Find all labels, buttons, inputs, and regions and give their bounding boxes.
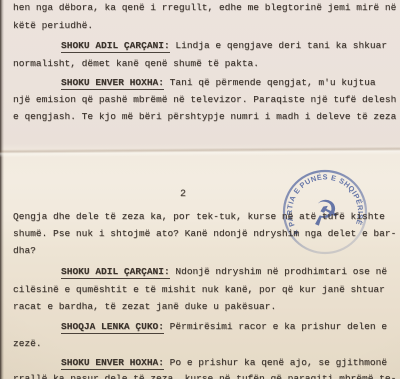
document-line-text: Tani që përmende qengjat, m'u kujtua <box>170 77 376 88</box>
speaker-heading: SHOKU ADIL ÇARÇANI: <box>61 40 170 53</box>
document-line-text: Lindja e qengjave deri tani ka shkuar <box>175 40 387 51</box>
document-line-text: Ndonjë ndryshim në prodhimtari ose në <box>175 266 387 277</box>
speaker-heading: SHOKU ENVER HOXHA: <box>61 77 164 90</box>
speaker-heading: SHOQJA LENKA ÇUKO: <box>61 321 164 334</box>
document-line: rrallë ka pasur dele të zeza, kurse në t… <box>13 373 397 379</box>
document-line: SHOKU ENVER HOXHA:Tani që përmende qengj… <box>61 77 397 90</box>
document-line: këtë periudhë. <box>13 20 397 33</box>
document-line: normalisht, dëmet kanë qenë shumë të pak… <box>13 58 397 71</box>
scan-edge <box>0 0 4 379</box>
document-line: një emision që pashë mbrëmë në televizor… <box>13 94 397 107</box>
page-edge-line <box>0 147 400 158</box>
page-number: 2 <box>168 189 198 200</box>
document-line: Qengja dhe dele të zeza ka, por tek-tuk,… <box>13 211 397 224</box>
document-line: cilësinë e qumështit e të mishit nuk kan… <box>13 284 397 297</box>
document-line-text: Përmirësimi racor e ka prishur delen e <box>170 321 387 332</box>
document-line: SHOKU ADIL ÇARÇANI:Lindja e qengjave der… <box>61 40 397 53</box>
document-line: racat e bardha, të zezat janë duke u pak… <box>13 301 397 314</box>
document-line: shumë. Pse nuk i shtojmë ato? Kanë ndonj… <box>13 228 397 241</box>
document-line: hen nga dëbora, ka qenë i rregullt, edhe… <box>13 2 397 15</box>
document-line: zezë. <box>13 338 397 351</box>
document-line: e qengjash. Te kjo më bëri përshtypje nu… <box>13 111 397 124</box>
document-line: SHOKU ADIL ÇARÇANI:Ndonjë ndryshim në pr… <box>61 266 397 279</box>
speaker-heading: SHOKU ADIL ÇARÇANI: <box>61 266 170 279</box>
document-line: SHOKU ENVER HOXHA:Po e prishur ka qenë a… <box>61 357 397 370</box>
document-line: dha? <box>13 245 397 258</box>
document-line-text: Po e prishur ka qenë ajo, se gjithmonë <box>170 357 387 368</box>
speaker-heading: SHOKU ENVER HOXHA: <box>61 357 164 370</box>
scanned-page: hen nga dëbora, ka qenë i rregullt, edhe… <box>0 0 400 379</box>
document-line: SHOQJA LENKA ÇUKO:Përmirësimi racor e ka… <box>61 321 397 334</box>
